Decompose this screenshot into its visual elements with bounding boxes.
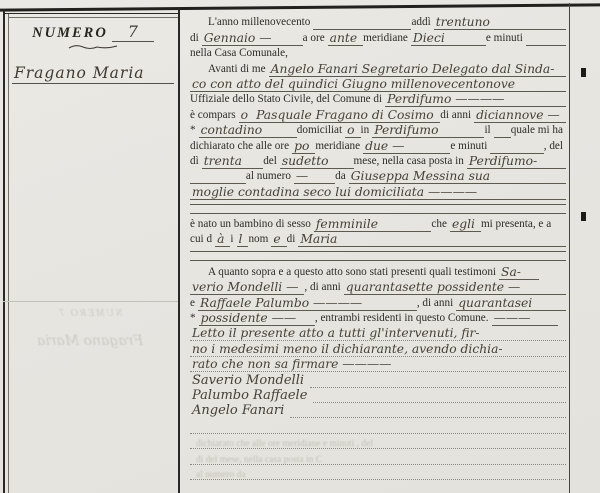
- margin-bleed-rule: [3, 301, 178, 302]
- handwritten-text: possidente ——: [199, 312, 315, 326]
- act-line: A quanto sopra e a questo atto sono stat…: [190, 264, 566, 279]
- dotted-rule: [190, 433, 566, 434]
- ghost-numero-text: NUMERO 7: [8, 308, 172, 319]
- printed-text: che: [431, 218, 450, 232]
- act-line: è nato un bambino di sessofemminilecheeg…: [190, 217, 566, 232]
- act-line: Palumbo Raffaele: [190, 388, 566, 403]
- act-line: moglie contadina seco lui domiciliata ——…: [190, 184, 566, 199]
- act-lines: L'anno millenovecentoaddìtrentunodiGenna…: [190, 15, 566, 480]
- printed-text: , di anni: [304, 281, 343, 295]
- printed-text: da: [335, 170, 349, 184]
- blank-rule: [494, 137, 511, 138]
- printed-text: è nato un bambino di sesso: [190, 218, 314, 232]
- printed-text: domiciliat: [297, 124, 345, 138]
- handwritten-text: trenta: [202, 155, 264, 169]
- printed-text: a ore: [303, 32, 328, 46]
- binding-mark: [581, 212, 586, 221]
- blank-rule: [313, 29, 411, 30]
- handwritten-text: Perdifumo ————: [385, 93, 566, 107]
- dotted-rule: [310, 387, 566, 388]
- handwritten-text: Sa-: [499, 266, 539, 280]
- act-line: rato che non sa firmare ————: [190, 357, 566, 372]
- printed-text: meridiane: [363, 32, 411, 46]
- left-border-outer: [3, 9, 5, 493]
- handwritten-text: o: [345, 124, 360, 138]
- record-number-value: 7: [112, 22, 154, 42]
- printed-text: è compars: [190, 109, 239, 123]
- blank-double-rule: [190, 204, 566, 214]
- handwritten-text: —: [294, 170, 335, 184]
- act-line: al numero—daGiuseppa Messina sua: [190, 169, 566, 184]
- margin-box-top-outer: [3, 13, 180, 14]
- printed-text: al numero: [246, 170, 294, 184]
- signature-text: Saverio Mondelli: [190, 374, 310, 388]
- margin-bleedthrough: NUMERO 7 Fragano Maria: [8, 308, 172, 349]
- handwritten-text: rato che non sa firmare ————: [190, 358, 566, 372]
- handwritten-text: ———: [492, 312, 558, 326]
- printed-text: di anni: [440, 109, 474, 123]
- printed-text: il: [484, 124, 493, 138]
- act-line: verio Mondelli —, di anniquarantasette p…: [190, 280, 566, 295]
- dotted-rule: [190, 464, 566, 465]
- handwritten-text: o: [239, 109, 254, 123]
- handwritten-text: e: [271, 233, 286, 247]
- act-line: [190, 465, 566, 480]
- act-line: no i medesimi meno il dichiarante, avend…: [190, 341, 566, 356]
- printed-text: di: [190, 32, 202, 46]
- handwritten-text: Pasquale Fragano di Cosimo: [254, 109, 440, 123]
- handwritten-text: Perdifumo-: [467, 155, 566, 169]
- act-line: cui dàilnomediMaria: [190, 232, 566, 247]
- handwritten-text: diciannove —: [474, 109, 566, 123]
- handwritten-text: à: [215, 233, 230, 247]
- flourish-squiggle-icon: [67, 43, 119, 51]
- handwritten-text: ante: [328, 32, 363, 46]
- act-line: co con atto del quindici Giugno millenov…: [190, 77, 566, 92]
- handwritten-text: quarantasette possidente —: [344, 281, 566, 295]
- handwritten-text: Angelo Fanari Segretario Delegato dal Si…: [269, 63, 566, 77]
- act-line: [190, 449, 566, 464]
- printed-text: in: [361, 124, 373, 138]
- printed-text: e: [190, 297, 198, 311]
- printed-text: dichiarato che alle ore: [190, 140, 292, 154]
- act-line: *contadinodomiciliatoinPerdifumoilquale …: [190, 123, 566, 138]
- act-line: nella Casa Comunale,: [190, 46, 566, 61]
- printed-text: e minuti: [450, 140, 490, 154]
- printed-text: A quanto sopra e a questo atto sono stat…: [208, 266, 499, 280]
- printed-text: di: [287, 233, 299, 247]
- handwritten-text: Giuseppa Messina sua: [349, 170, 566, 184]
- blank-double-rule: [190, 251, 566, 261]
- act-line: dìtrentadelsudettomese, nella casa posta…: [190, 154, 566, 169]
- printed-text: quale mi ha: [511, 124, 566, 138]
- handwritten-text: sudetto: [280, 155, 354, 169]
- numero-label: NUMERO: [32, 25, 108, 41]
- act-line: [190, 418, 566, 433]
- act-line: Angelo Fanari: [190, 403, 566, 418]
- handwritten-text: no i medesimi meno il dichiarante, avend…: [190, 343, 566, 357]
- right-border-rule: [569, 3, 570, 493]
- printed-text: mese, nella casa posta in: [354, 155, 467, 169]
- printed-text: *: [190, 124, 199, 138]
- printed-text: Uffiziale dello Stato Civile, del Comune…: [190, 93, 385, 107]
- printed-text: , del: [544, 140, 566, 154]
- act-line: Uffiziale dello Stato Civile, del Comune…: [190, 92, 566, 107]
- handwritten-text: due —: [363, 140, 450, 154]
- handwritten-text: Raffaele Palumbo ————: [198, 297, 417, 311]
- handwritten-text: l: [237, 233, 249, 247]
- dotted-rule: [190, 479, 566, 480]
- printed-text: meridiane: [315, 140, 363, 154]
- handwritten-text: po: [292, 140, 315, 154]
- printed-text: Avanti di me: [208, 63, 269, 77]
- left-border-inner: [8, 14, 9, 493]
- dotted-rule: [313, 402, 566, 403]
- ghost-name-text: Fragano Maria: [8, 333, 172, 349]
- printed-text: dì: [190, 155, 202, 169]
- birth-record-page: NUMERO 7 Fragano Maria NUMERO 7 Fragano …: [0, 0, 600, 493]
- signature-text: Angelo Fanari: [190, 404, 290, 418]
- printed-text: , di anni: [417, 297, 456, 311]
- printed-text: e minuti: [486, 32, 526, 46]
- handwritten-text: verio Mondelli —: [190, 281, 304, 295]
- handwritten-text: femminile: [314, 218, 432, 232]
- act-line: Letto il presente atto a tutti gl'interv…: [190, 326, 566, 341]
- handwritten-text: moglie contadina seco lui domiciliata ——…: [190, 186, 566, 200]
- act-line: dichiarato che alle orepomeridianedue —e…: [190, 138, 566, 153]
- top-border-rule: [0, 3, 600, 11]
- handwritten-text: contadino: [199, 124, 269, 138]
- act-line: Saverio Mondelli: [190, 372, 566, 387]
- act-line: *possidente ——, entrambi residenti in qu…: [190, 311, 566, 326]
- act-line: L'anno millenovecentoaddìtrentuno: [190, 15, 566, 30]
- blank-rule: [268, 137, 297, 138]
- act-line: eRaffaele Palumbo ————, di anniquarantas…: [190, 295, 566, 310]
- act-line: [190, 434, 566, 449]
- record-number-row: NUMERO 7: [12, 22, 174, 51]
- handwritten-text: egli: [450, 218, 481, 232]
- handwritten-text: trentuno: [434, 16, 566, 30]
- margin-column: NUMERO 7 Fragano Maria: [12, 22, 174, 84]
- printed-text: addì: [411, 16, 433, 30]
- column-divider-rule: [178, 7, 180, 493]
- margin-box-top-inner: [8, 17, 180, 18]
- handwritten-text: Letto il presente atto a tutti gl'interv…: [190, 327, 566, 341]
- dotted-rule: [290, 417, 566, 418]
- blank-rule: [526, 45, 566, 46]
- printed-text: del: [263, 155, 280, 169]
- printed-text: L'anno millenovecento: [208, 16, 313, 30]
- signature-text: Palumbo Raffaele: [190, 389, 313, 403]
- handwritten-text: quarantasei: [456, 297, 566, 311]
- printed-text: *: [190, 312, 199, 326]
- printed-text: nella Casa Comunale,: [190, 47, 291, 61]
- printed-text: nom: [248, 233, 271, 247]
- dotted-rule: [190, 448, 566, 449]
- handwritten-text: Maria: [298, 233, 566, 247]
- printed-text: mi presenta, e a: [481, 218, 554, 232]
- binding-mark: [581, 68, 586, 77]
- act-line: diGennaio —a oreantemeridianeDiecie minu…: [190, 30, 566, 45]
- margin-child-name: Fragano Maria: [12, 64, 174, 84]
- handwritten-text: Dieci: [411, 32, 486, 46]
- act-line: è comparsoPasquale Fragano di Cosimodi a…: [190, 107, 566, 122]
- printed-text: , entrambi residenti in questo Comune.: [315, 312, 492, 326]
- printed-text: cui d: [190, 233, 215, 247]
- handwritten-text: Perdifumo: [372, 124, 484, 138]
- handwritten-text: co con atto del quindici Giugno millenov…: [190, 78, 566, 92]
- handwritten-text: Gennaio —: [202, 32, 303, 46]
- act-line: Avanti di meAngelo Fanari Segretario Del…: [190, 61, 566, 76]
